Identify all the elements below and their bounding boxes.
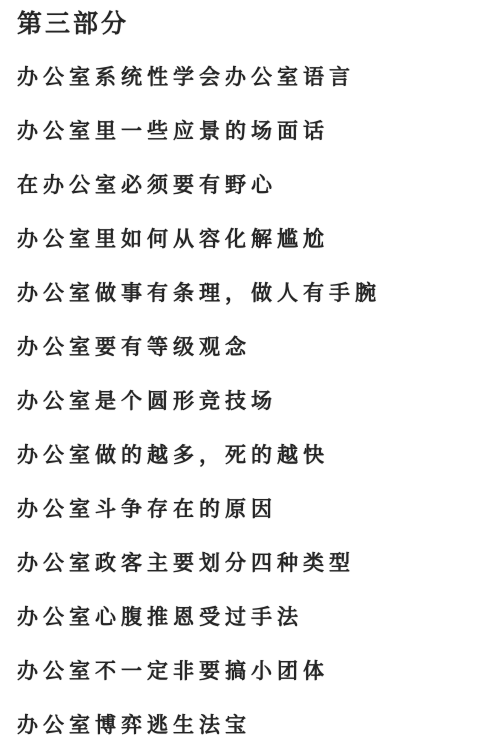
list-item: 办公室里一些应景的场面话: [17, 118, 329, 144]
list-item: 办公室心腹推恩受过手法: [17, 604, 303, 630]
list-item: 办公室里如何从容化解尴尬: [17, 226, 329, 252]
section-title: 第三部分: [17, 9, 129, 39]
list-item: 办公室系统性学会办公室语言: [17, 64, 355, 90]
document-page: 第三部分 办公室系统性学会办公室语言 办公室里一些应景的场面话 在办公室必须要有…: [0, 0, 500, 756]
list-item: 办公室是个圆形竞技场: [17, 388, 277, 414]
list-item: 办公室斗争存在的原因: [17, 496, 277, 522]
list-item: 办公室不一定非要搞小团体: [17, 658, 329, 684]
list-item: 办公室要有等级观念: [17, 334, 251, 360]
list-item: 办公室博弈逃生法宝: [17, 712, 251, 738]
list-item: 在办公室必须要有野心: [17, 172, 277, 198]
list-item: 办公室做的越多，死的越快: [17, 442, 329, 468]
list-item: 办公室政客主要划分四种类型: [17, 550, 355, 576]
list-item: 办公室做事有条理，做人有手腕: [17, 280, 381, 306]
